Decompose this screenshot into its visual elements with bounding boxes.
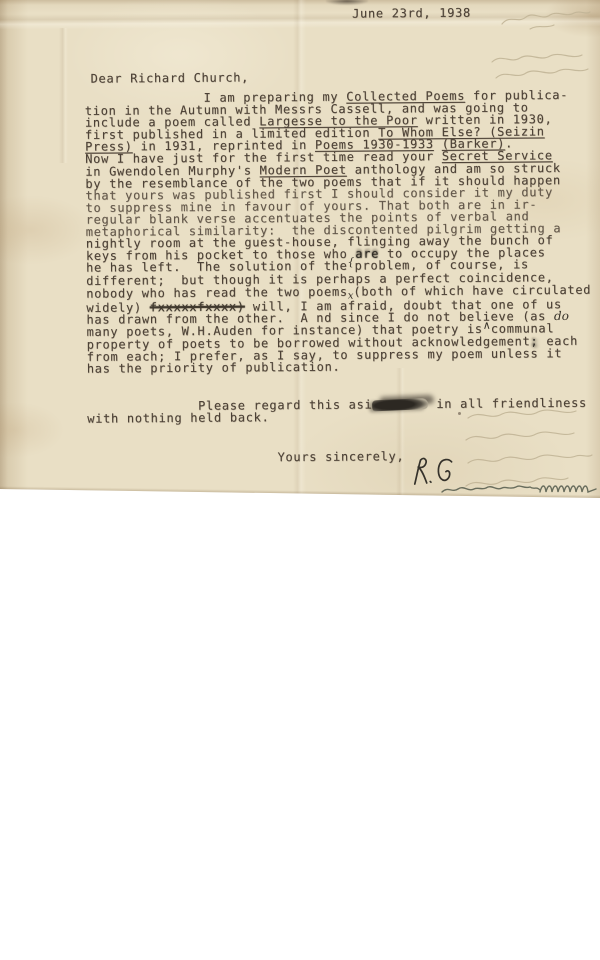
typewritten-text: many poets, W.H.Auden for instance) that… xyxy=(87,322,483,339)
typewritten-text-layer: June 23rd, 1938 Dear Richard Church, I a… xyxy=(0,0,600,502)
typewritten-text: with nothing held back. xyxy=(87,410,269,425)
typewritten-text: in all friendliness xyxy=(428,396,587,411)
letter-valediction: Yours sincerely, xyxy=(278,450,405,463)
letter-salutation: Dear Richard Church, xyxy=(91,71,250,84)
letter-body-paragraph-2: Please regard this asi in all friendline… xyxy=(87,397,587,425)
handwritten-insertion: ∧ xyxy=(483,320,491,332)
signature-handwritten xyxy=(410,457,458,489)
typewritten-text: to occupy the places xyxy=(379,246,546,261)
letter-body-paragraph-1: I am preparing my Collected Poems for pu… xyxy=(85,89,592,375)
underlined-title: Secret Service xyxy=(442,149,553,164)
typewritten-text: communal xyxy=(491,321,555,335)
typewritten-text: keys from his pocket to those who xyxy=(86,247,356,263)
letter-date: June 23rd, 1938 xyxy=(352,7,471,20)
typewritten-text: will, I am afraid, doubt that one of us xyxy=(245,297,562,313)
typewritten-text: Now I have just for the first time read … xyxy=(85,150,442,167)
smudged-text: are xyxy=(355,247,379,261)
ink-blot xyxy=(372,398,428,411)
typewritten-text: first published in a limited edition xyxy=(85,126,378,142)
handwritten-insertion: { xyxy=(347,257,354,269)
typewritten-text: widely) xyxy=(86,300,150,314)
underlined-title: To Whom Else? (Seizin xyxy=(378,125,545,140)
struck-out-text: fxxxxxfxxxx) xyxy=(150,299,245,314)
scanned-letter-paper: June 23rd, 1938 Dear Richard Church, I a… xyxy=(0,0,600,500)
